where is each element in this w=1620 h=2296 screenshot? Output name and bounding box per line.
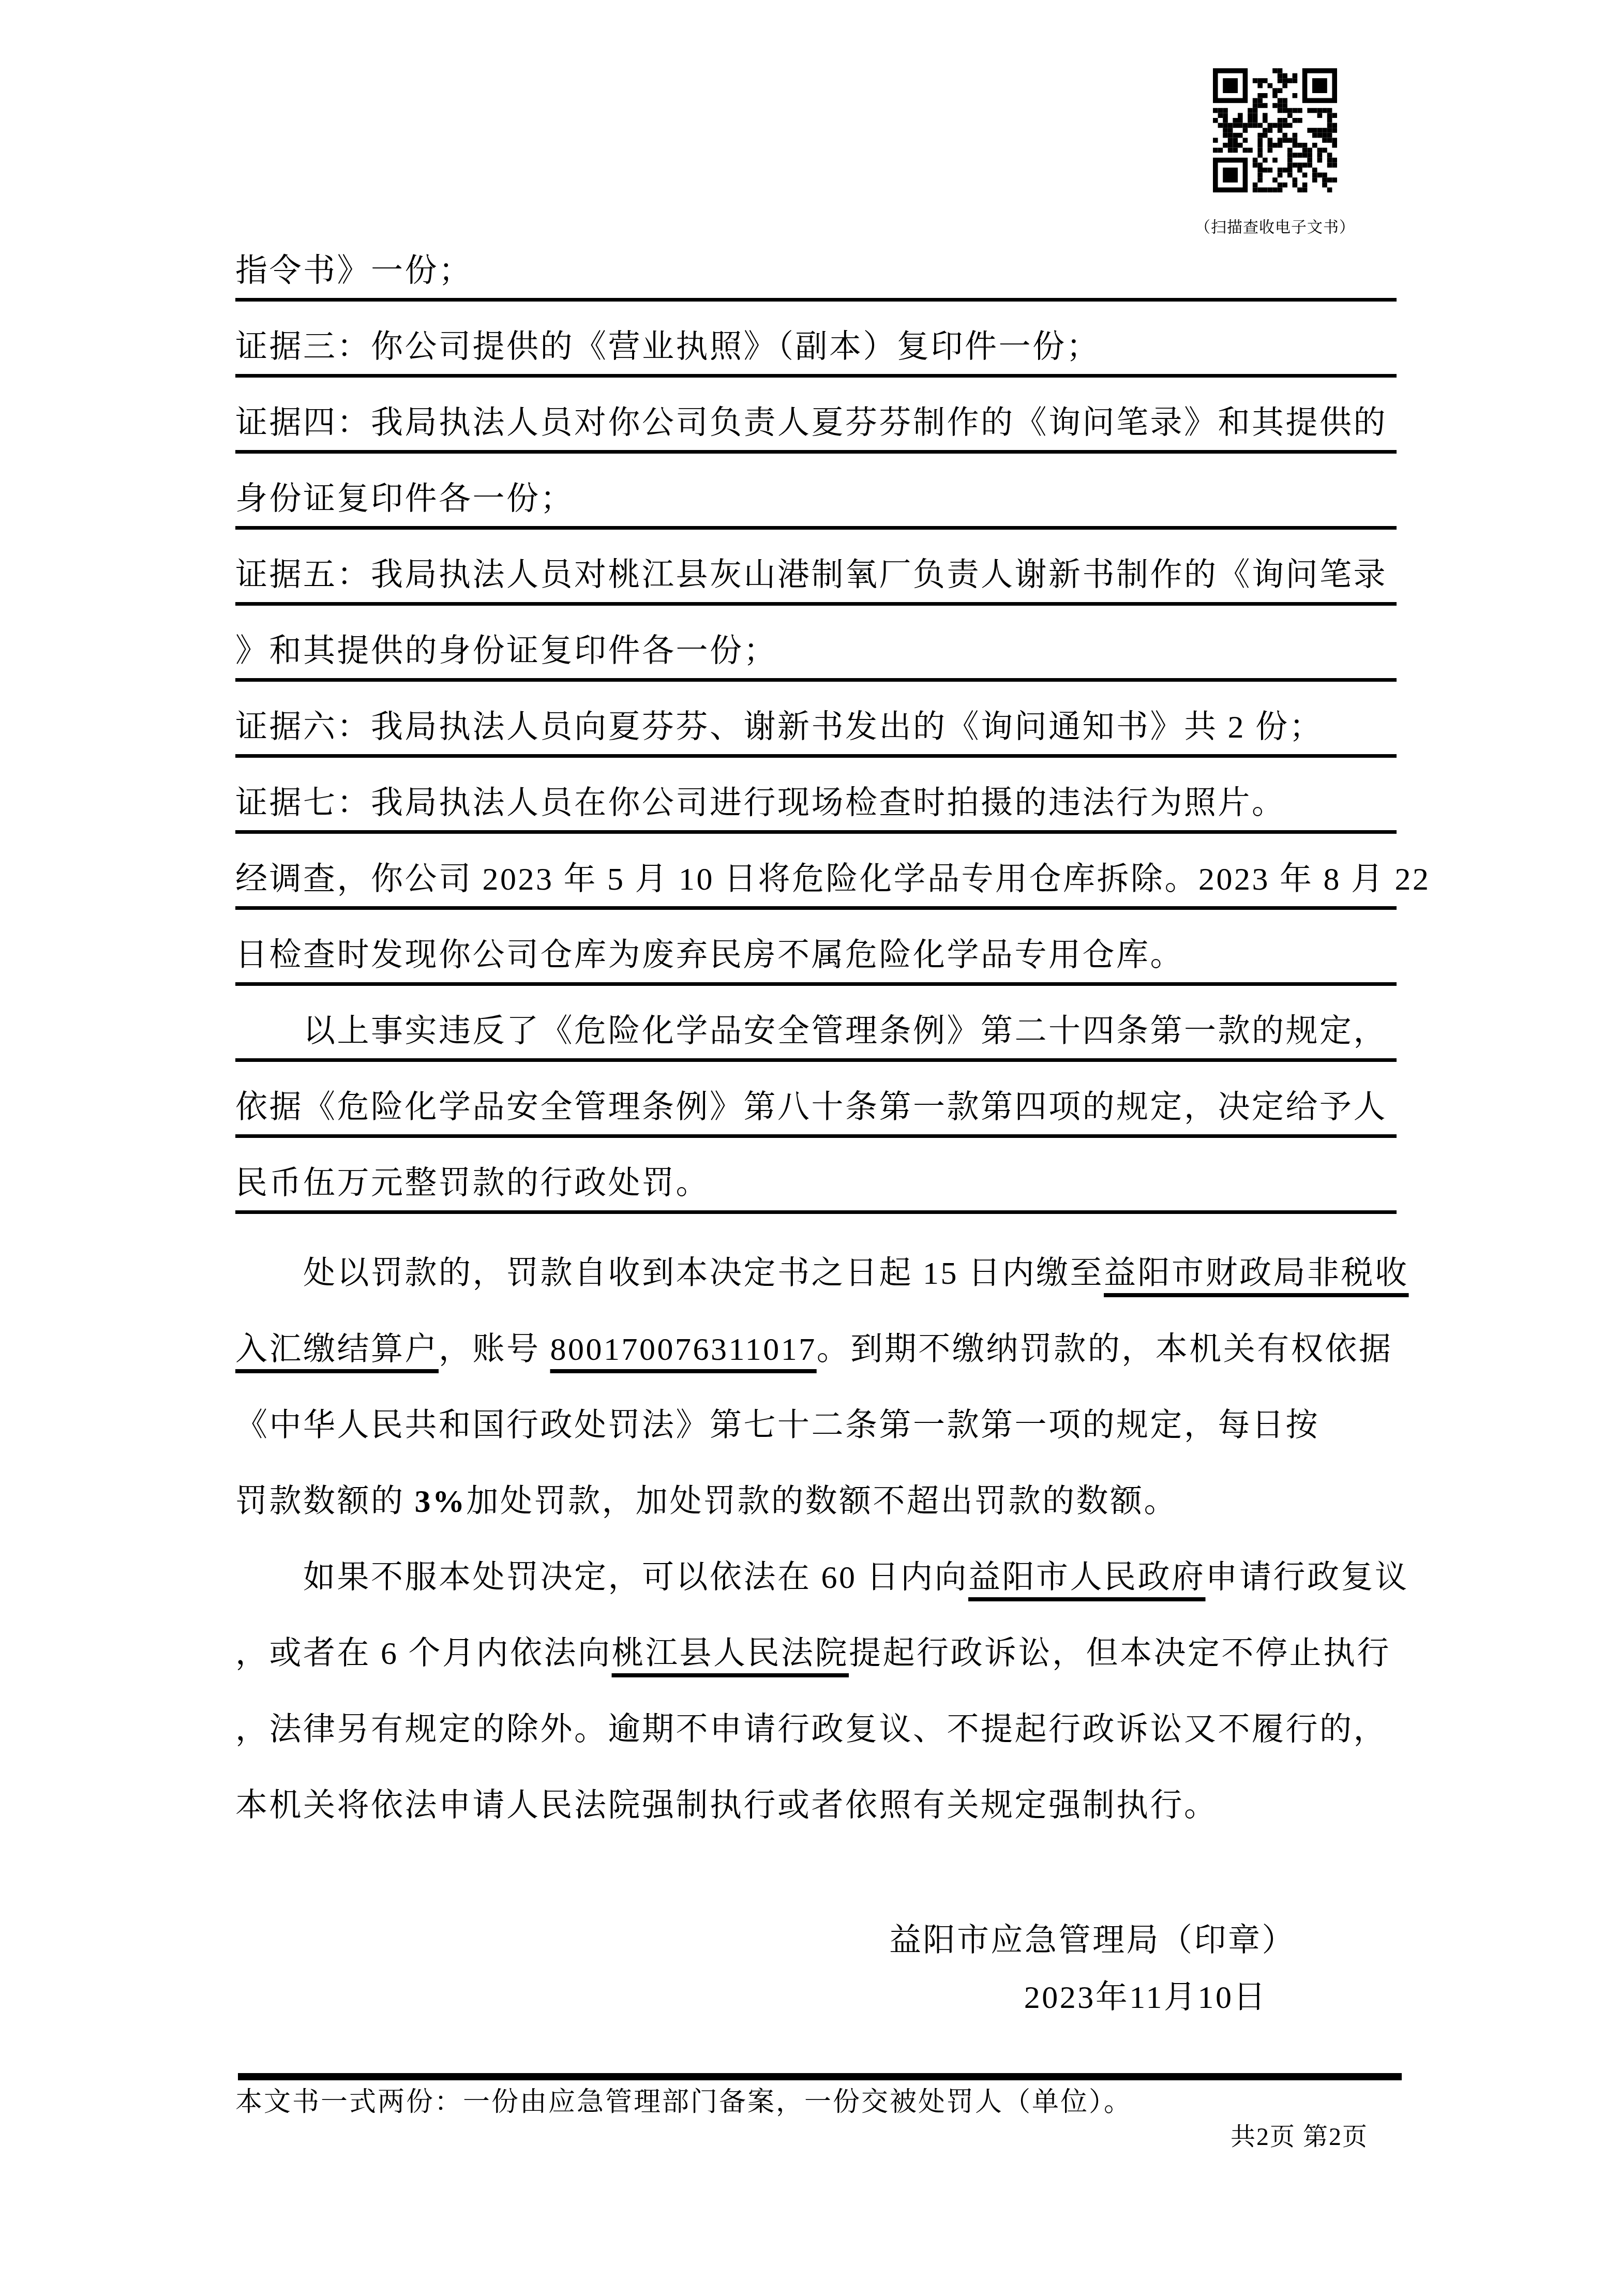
- line-text: 本机关将依法申请人民法院强制执行或者依照有关规定强制执行。: [235, 1779, 1218, 1833]
- line-text: 证据三：你公司提供的《营业执照》（副本）复印件一份；: [235, 321, 1100, 374]
- issue-date: 2023年11月10日: [235, 1963, 1397, 2020]
- payment-line: 罚款数额的 3%加处罚款，加处罚款的数额不超出罚款的数额。: [235, 1452, 1397, 1528]
- footer-divider: [238, 2073, 1402, 2080]
- underlined-text: 益阳市财政局非税收: [1104, 1256, 1409, 1291]
- underlined-text: 入汇缴结算户: [235, 1332, 439, 1367]
- issuing-agency: 益阳市应急管理局（印章）: [235, 1906, 1397, 1963]
- body-line: 日检查时发现你公司仓库为废弃民房不属危险化学品专用仓库。: [235, 910, 1397, 986]
- line-text: 证据四：我局执法人员对你公司负责人夏芬芬制作的《询问笔录》和其提供的: [235, 397, 1387, 450]
- text-segment: 处以罚款的，罚款自收到本决定书之日起 15 日内缴至: [303, 1256, 1104, 1291]
- text-segment: 罚款数额的: [235, 1484, 415, 1519]
- account-number: 800170076311017: [550, 1332, 817, 1367]
- line-text: 益阳市应急管理局（印章）: [889, 1914, 1296, 1963]
- document-body: 指令书》一份； 证据三：你公司提供的《营业执照》（副本）复印件一份； 证据四：我…: [235, 226, 1397, 2020]
- payment-line: 入汇缴结算户，账号 800170076311017。到期不缴纳罚款的，本机关有权…: [235, 1300, 1397, 1376]
- appeal-line: ，或者在 6 个月内依法向桃江县人民法院提起行政诉讼，但本决定不停止执行: [235, 1604, 1397, 1680]
- line-text: 身份证复印件各一份；: [235, 473, 574, 526]
- line-text: 证据五：我局执法人员对桃江县灰山港制氧厂负责人谢新书制作的《询问笔录: [235, 549, 1387, 602]
- text-segment: 。到期不缴纳罚款的，本机关有权依据: [817, 1332, 1393, 1367]
- line-text: 处以罚款的，罚款自收到本决定书之日起 15 日内缴至益阳市财政局非税收: [235, 1247, 1409, 1300]
- line-text: ，或者在 6 个月内依法向桃江县人民法院提起行政诉讼，但本决定不停止执行: [235, 1627, 1391, 1680]
- text-segment: 如果不服本处罚决定，可以依法在 60 日内向: [303, 1560, 968, 1595]
- text-segment: 申请行政复议: [1206, 1560, 1409, 1595]
- body-line: 经调查，你公司 2023 年 5 月 10 日将危险化学品专用仓库拆除。2023…: [235, 834, 1397, 910]
- body-line: 证据七：我局执法人员在你公司进行现场检查时拍摄的违法行为照片。: [235, 758, 1397, 834]
- body-line: 证据六：我局执法人员向夏芬芬、谢新书发出的《询问通知书》共 2 份；: [235, 682, 1397, 758]
- payment-line: 处以罚款的，罚款自收到本决定书之日起 15 日内缴至益阳市财政局非税收: [235, 1224, 1397, 1300]
- underlined-text: 桃江县人民法院: [612, 1636, 849, 1671]
- qr-code-icon: [1213, 68, 1337, 192]
- text-segment: ，账号: [439, 1332, 550, 1367]
- line-text: ，法律另有规定的除外。逾期不申请行政复议、不提起行政诉讼又不履行的，: [235, 1703, 1387, 1757]
- line-text: 以上事实违反了《危险化学品安全管理条例》第二十四条第一款的规定，: [235, 1005, 1387, 1058]
- line-text: 罚款数额的 3%加处罚款，加处罚款的数额不超出罚款的数额。: [235, 1475, 1178, 1528]
- body-line: 证据三：你公司提供的《营业执照》（副本）复印件一份；: [235, 302, 1397, 378]
- body-line: 指令书》一份；: [235, 226, 1397, 302]
- line-text: 指令书》一份；: [235, 245, 473, 298]
- line-text: 《中华人民共和国行政处罚法》第七十二条第一款第一项的规定，每日按: [235, 1399, 1319, 1452]
- body-line: 以上事实违反了《危险化学品安全管理条例》第二十四条第一款的规定，: [235, 986, 1397, 1062]
- line-text: 证据六：我局执法人员向夏芬芬、谢新书发出的《询问通知书》共 2 份；: [235, 701, 1323, 754]
- body-line: 证据五：我局执法人员对桃江县灰山港制氧厂负责人谢新书制作的《询问笔录: [235, 530, 1397, 606]
- line-text: 证据七：我局执法人员在你公司进行现场检查时拍摄的违法行为照片。: [235, 777, 1286, 830]
- underlined-text: 益阳市人民政府: [968, 1560, 1206, 1595]
- body-line: 》和其提供的身份证复印件各一份；: [235, 606, 1397, 682]
- line-text: 入汇缴结算户，账号 800170076311017。到期不缴纳罚款的，本机关有权…: [235, 1323, 1392, 1376]
- line-text: 日检查时发现你公司仓库为废弃民房不属危险化学品专用仓库。: [235, 929, 1184, 982]
- line-text: 民币伍万元整罚款的行政处罚。: [235, 1157, 710, 1210]
- body-line: 民币伍万元整罚款的行政处罚。: [235, 1138, 1397, 1214]
- footer-note: 本文书一式两份：一份由应急管理部门备案，一份交被处罚人（单位）。: [235, 2084, 1397, 2121]
- appeal-line: 如果不服本处罚决定，可以依法在 60 日内向益阳市人民政府申请行政复议: [235, 1528, 1397, 1604]
- body-line: 依据《危险化学品安全管理条例》第八十条第一款第四项的规定，决定给予人: [235, 1062, 1397, 1138]
- appeal-line: 本机关将依法申请人民法院强制执行或者依照有关规定强制执行。: [235, 1757, 1397, 1833]
- line-text: 》和其提供的身份证复印件各一份；: [235, 625, 777, 678]
- signature-block: 益阳市应急管理局（印章） 2023年11月10日: [235, 1906, 1397, 2020]
- payment-line: 《中华人民共和国行政处罚法》第七十二条第一款第一项的规定，每日按: [235, 1376, 1397, 1452]
- line-text: 2023年11月10日: [1024, 1971, 1267, 2020]
- appeal-line: ，法律另有规定的除外。逾期不申请行政复议、不提起行政诉讼又不履行的，: [235, 1680, 1397, 1757]
- document-page: （扫描查收电子文书） 指令书》一份； 证据三：你公司提供的《营业执照》（副本）复…: [0, 0, 1620, 2296]
- text-segment: 加处罚款，加处罚款的数额不超出罚款的数额。: [467, 1484, 1178, 1519]
- line-text: 如果不服本处罚决定，可以依法在 60 日内向益阳市人民政府申请行政复议: [235, 1551, 1409, 1604]
- body-line: 证据四：我局执法人员对你公司负责人夏芬芬制作的《询问笔录》和其提供的: [235, 378, 1397, 454]
- line-text: 经调查，你公司 2023 年 5 月 10 日将危险化学品专用仓库拆除。2023…: [235, 853, 1431, 906]
- body-line: 身份证复印件各一份；: [235, 454, 1397, 530]
- text-segment: 提起行政诉讼，但本决定不停止执行: [849, 1636, 1391, 1671]
- page-number: 共2页 第2页: [235, 2121, 1397, 2154]
- bold-percentage: 3%: [415, 1484, 467, 1519]
- text-segment: ，或者在 6 个月内依法向: [235, 1636, 612, 1671]
- line-text: 依据《危险化学品安全管理条例》第八十条第一款第四项的规定，决定给予人: [235, 1081, 1387, 1134]
